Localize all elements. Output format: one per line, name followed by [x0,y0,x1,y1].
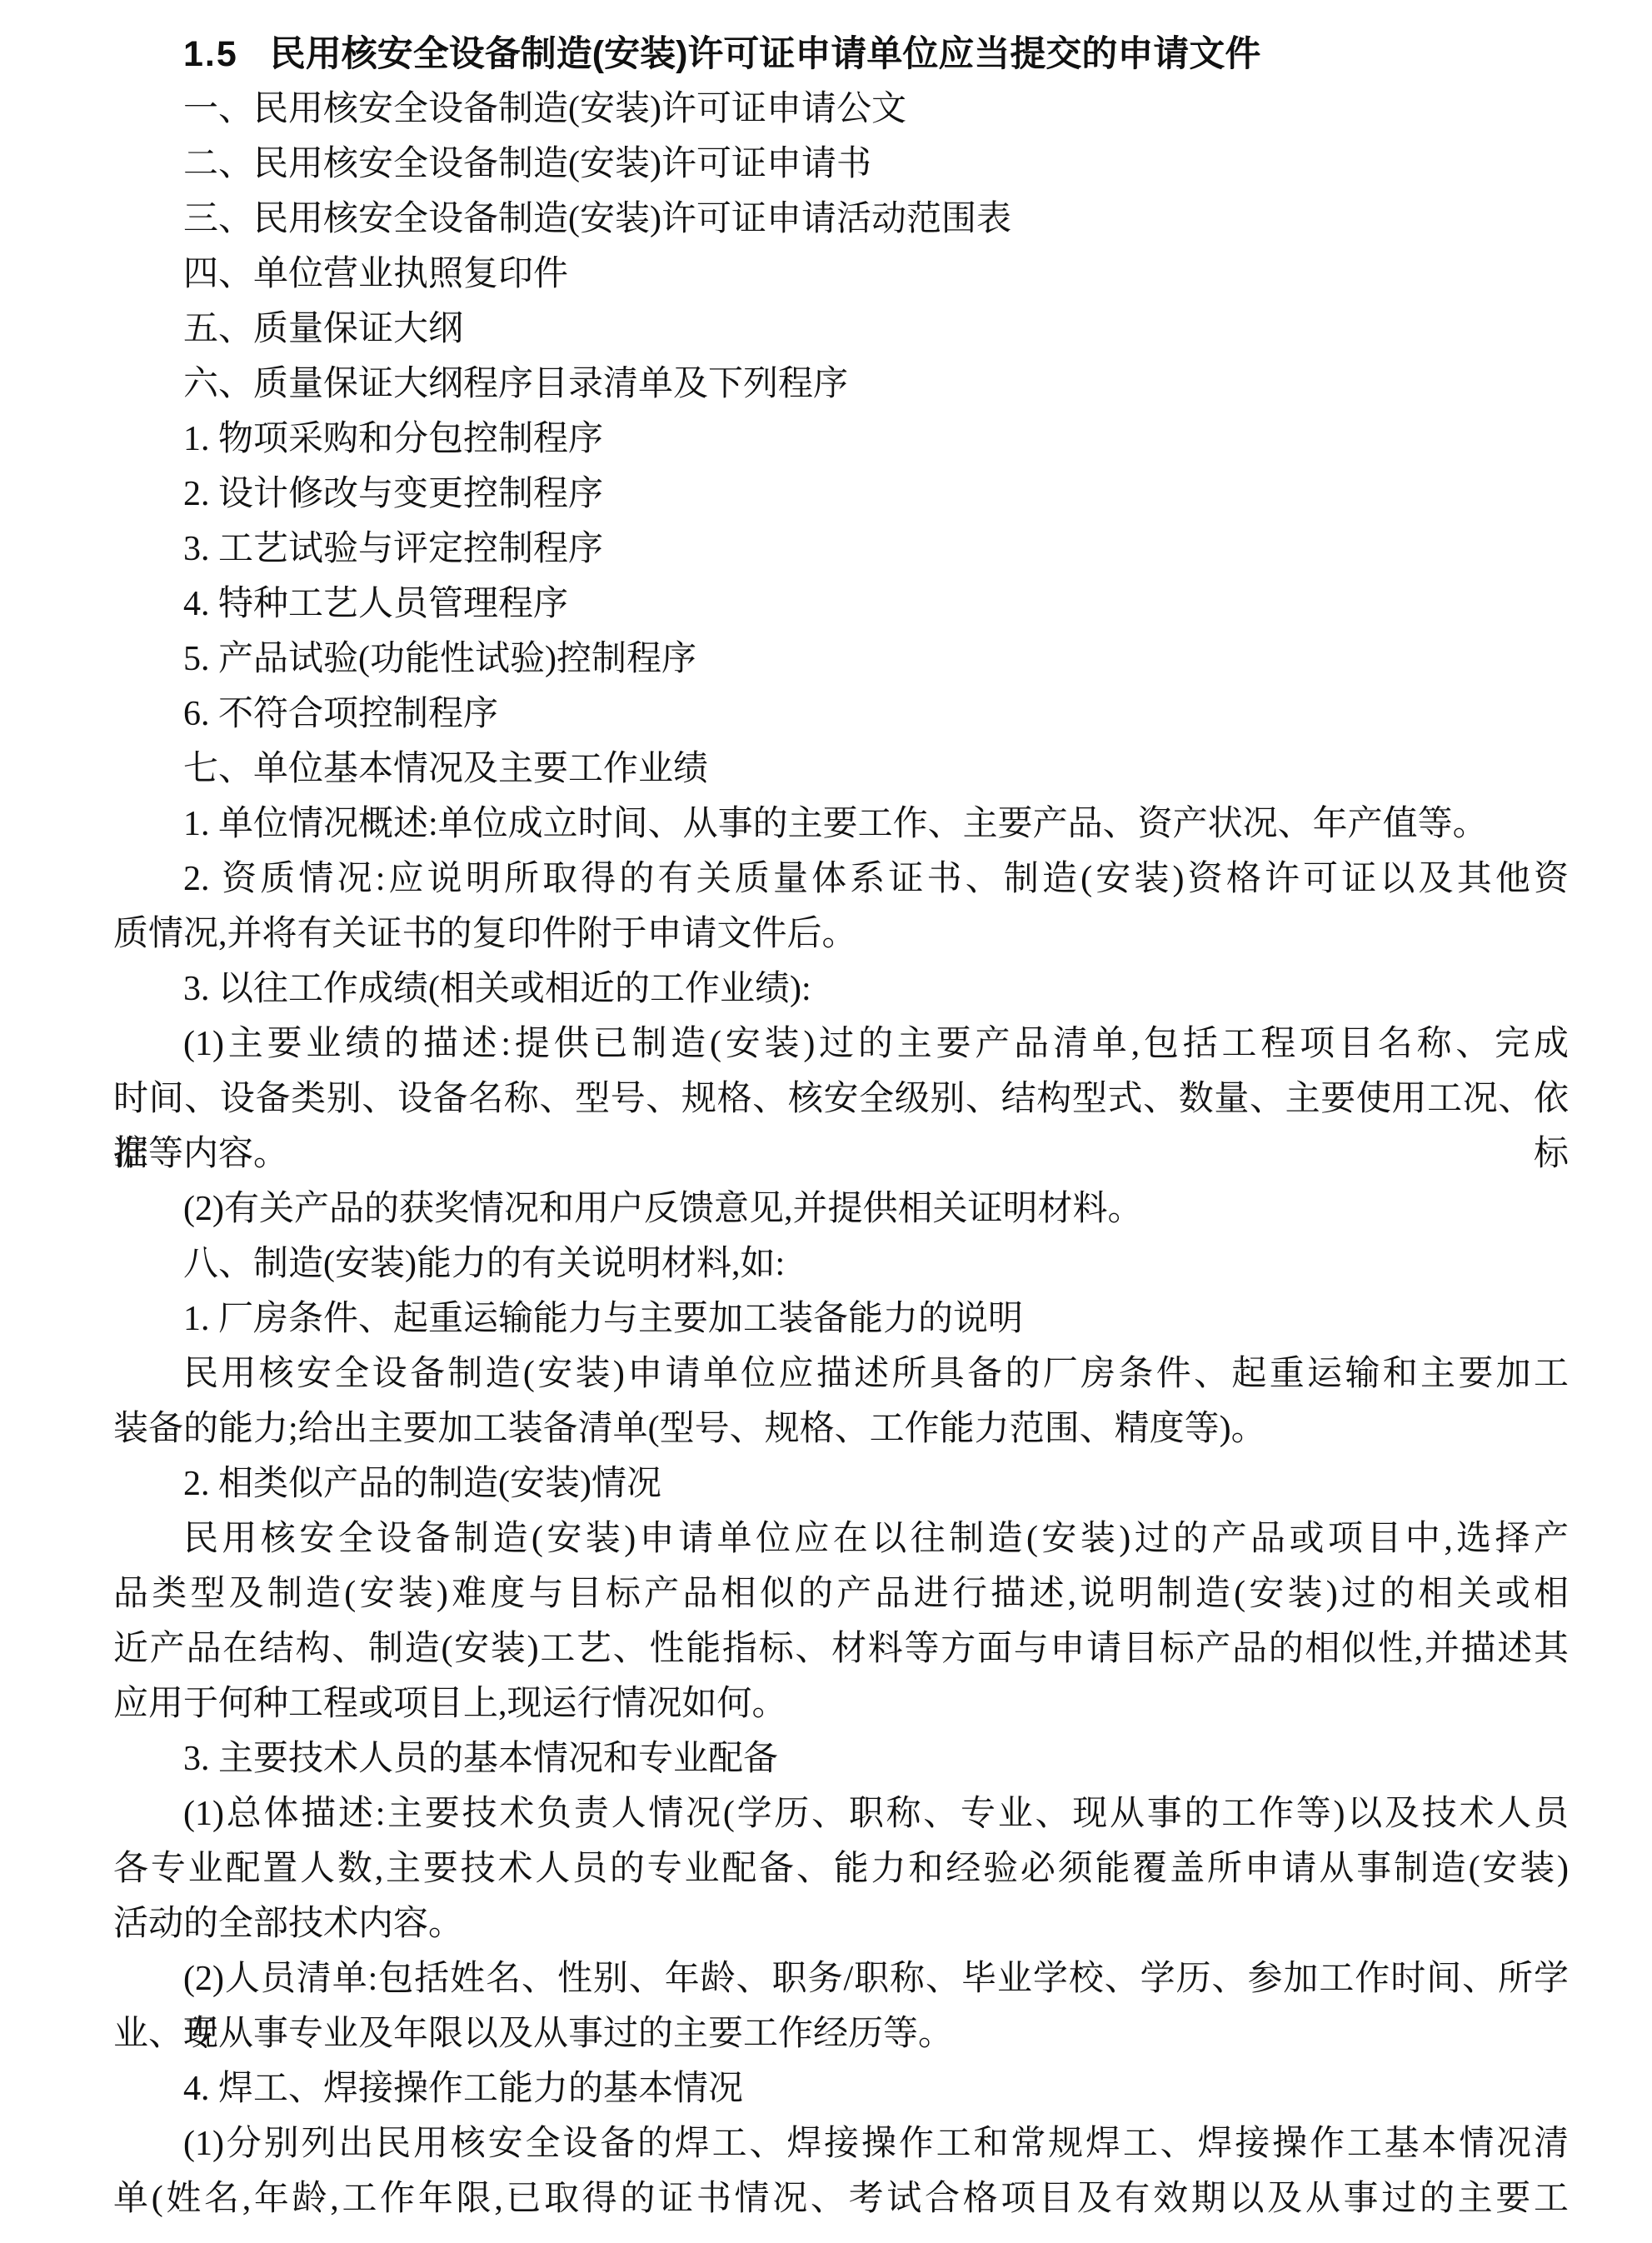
text-line: 一、民用核安全设备制造(安装)许可证申请公文 [113,82,1569,137]
text-line: 三、民用核安全设备制造(安装)许可证申请活动范围表 [113,192,1569,247]
text-line: 3. 工艺试验与评定控制程序 [113,522,1569,577]
text-line: 各专业配置人数,主要技术人员的专业配备、能力和经验必须能覆盖所申请从事制造(安装… [113,1841,1569,1896]
text-line: 2. 资质情况:应说明所取得的有关质量体系证书、制造(安装)资格许可证以及其他资 [113,852,1569,907]
text-line: 八、制造(安装)能力的有关说明材料,如: [113,1236,1569,1291]
text-line: 装备的能力;给出主要加工装备清单(型号、规格、工作能力范围、精度等)。 [113,1401,1569,1456]
text-line: 活动的全部技术内容。 [113,1896,1569,1951]
text-line: 质情况,并将有关证书的复印件附于申请文件后。 [113,907,1569,962]
text-line: 4. 特种工艺人员管理程序 [113,577,1569,632]
text-line: 单(姓名,年龄,工作年限,已取得的证书情况、考试合格项目及有效期以及从事过的主要… [113,2171,1569,2226]
text-line: 1. 厂房条件、起重运输能力与主要加工装备能力的说明 [113,1291,1569,1346]
text-line: 4. 焊工、焊接操作工能力的基本情况 [113,2061,1569,2116]
section-number: 1.5 [183,34,238,74]
text-line: 1. 单位情况概述:单位成立时间、从事的主要工作、主要产品、资产状况、年产值等。 [113,797,1569,852]
text-line: 七、单位基本情况及主要工作业绩 [113,742,1569,797]
text-line: 四、单位营业执照复印件 [113,247,1569,302]
text-line: 6. 不符合项控制程序 [113,687,1569,742]
text-line: (1)主要业绩的描述:提供已制造(安装)过的主要产品清单,包括工程项目名称、完成 [113,1017,1569,1072]
section-title: 民用核安全设备制造(安装)许可证申请单位应当提交的申请文件 [270,34,1261,74]
text-line: 品类型及制造(安装)难度与目标产品相似的产品进行描述,说明制造(安装)过的相关或… [113,1566,1569,1621]
text-line: 3. 主要技术人员的基本情况和专业配备 [113,1731,1569,1786]
text-line: (1)分别列出民用核安全设备的焊工、焊接操作工和常规焊工、焊接操作工基本情况清 [113,2116,1569,2171]
document-body: 一、民用核安全设备制造(安装)许可证申请公文二、民用核安全设备制造(安装)许可证… [113,82,1569,2226]
text-line: 3. 以往工作成绩(相关或相近的工作业绩): [113,962,1569,1017]
document-page: 1.5民用核安全设备制造(安装)许可证申请单位应当提交的申请文件 一、民用核安全… [0,0,1652,2243]
text-line: 六、质量保证大纲程序目录清单及下列程序 [113,357,1569,412]
text-line: (2)人员清单:包括姓名、性别、年龄、职务/职称、毕业学校、学历、参加工作时间、… [113,1951,1569,2006]
text-line: 2. 设计修改与变更控制程序 [113,467,1569,522]
text-line: (2)有关产品的获奖情况和用户反馈意见,并提供相关证明材料。 [113,1181,1569,1236]
text-line: 业、现从事专业及年限以及从事过的主要工作经历等。 [113,2006,1569,2061]
text-line: 应用于何种工程或项目上,现运行情况如何。 [113,1676,1569,1731]
text-line: 1. 物项采购和分包控制程序 [113,412,1569,467]
text-line: (1)总体描述:主要技术负责人情况(学历、职称、专业、现从事的工作等)以及技术人… [113,1786,1569,1841]
section-heading: 1.5民用核安全设备制造(安装)许可证申请单位应当提交的申请文件 [113,27,1569,82]
text-line: 五、质量保证大纲 [113,302,1569,357]
text-line: 民用核安全设备制造(安装)申请单位应描述所具备的厂房条件、起重运输和主要加工 [113,1346,1569,1401]
text-line: 二、民用核安全设备制造(安装)许可证申请书 [113,137,1569,192]
text-line: 2. 相类似产品的制造(安装)情况 [113,1456,1569,1511]
text-line: 民用核安全设备制造(安装)申请单位应在以往制造(安装)过的产品或项目中,选择产 [113,1511,1569,1566]
text-line: 时间、设备类别、设备名称、型号、规格、核安全级别、结构型式、数量、主要使用工况、… [113,1072,1569,1126]
text-line: 5. 产品试验(功能性试验)控制程序 [113,632,1569,687]
text-line: 近产品在结构、制造(安装)工艺、性能指标、材料等方面与申请目标产品的相似性,并描… [113,1621,1569,1676]
